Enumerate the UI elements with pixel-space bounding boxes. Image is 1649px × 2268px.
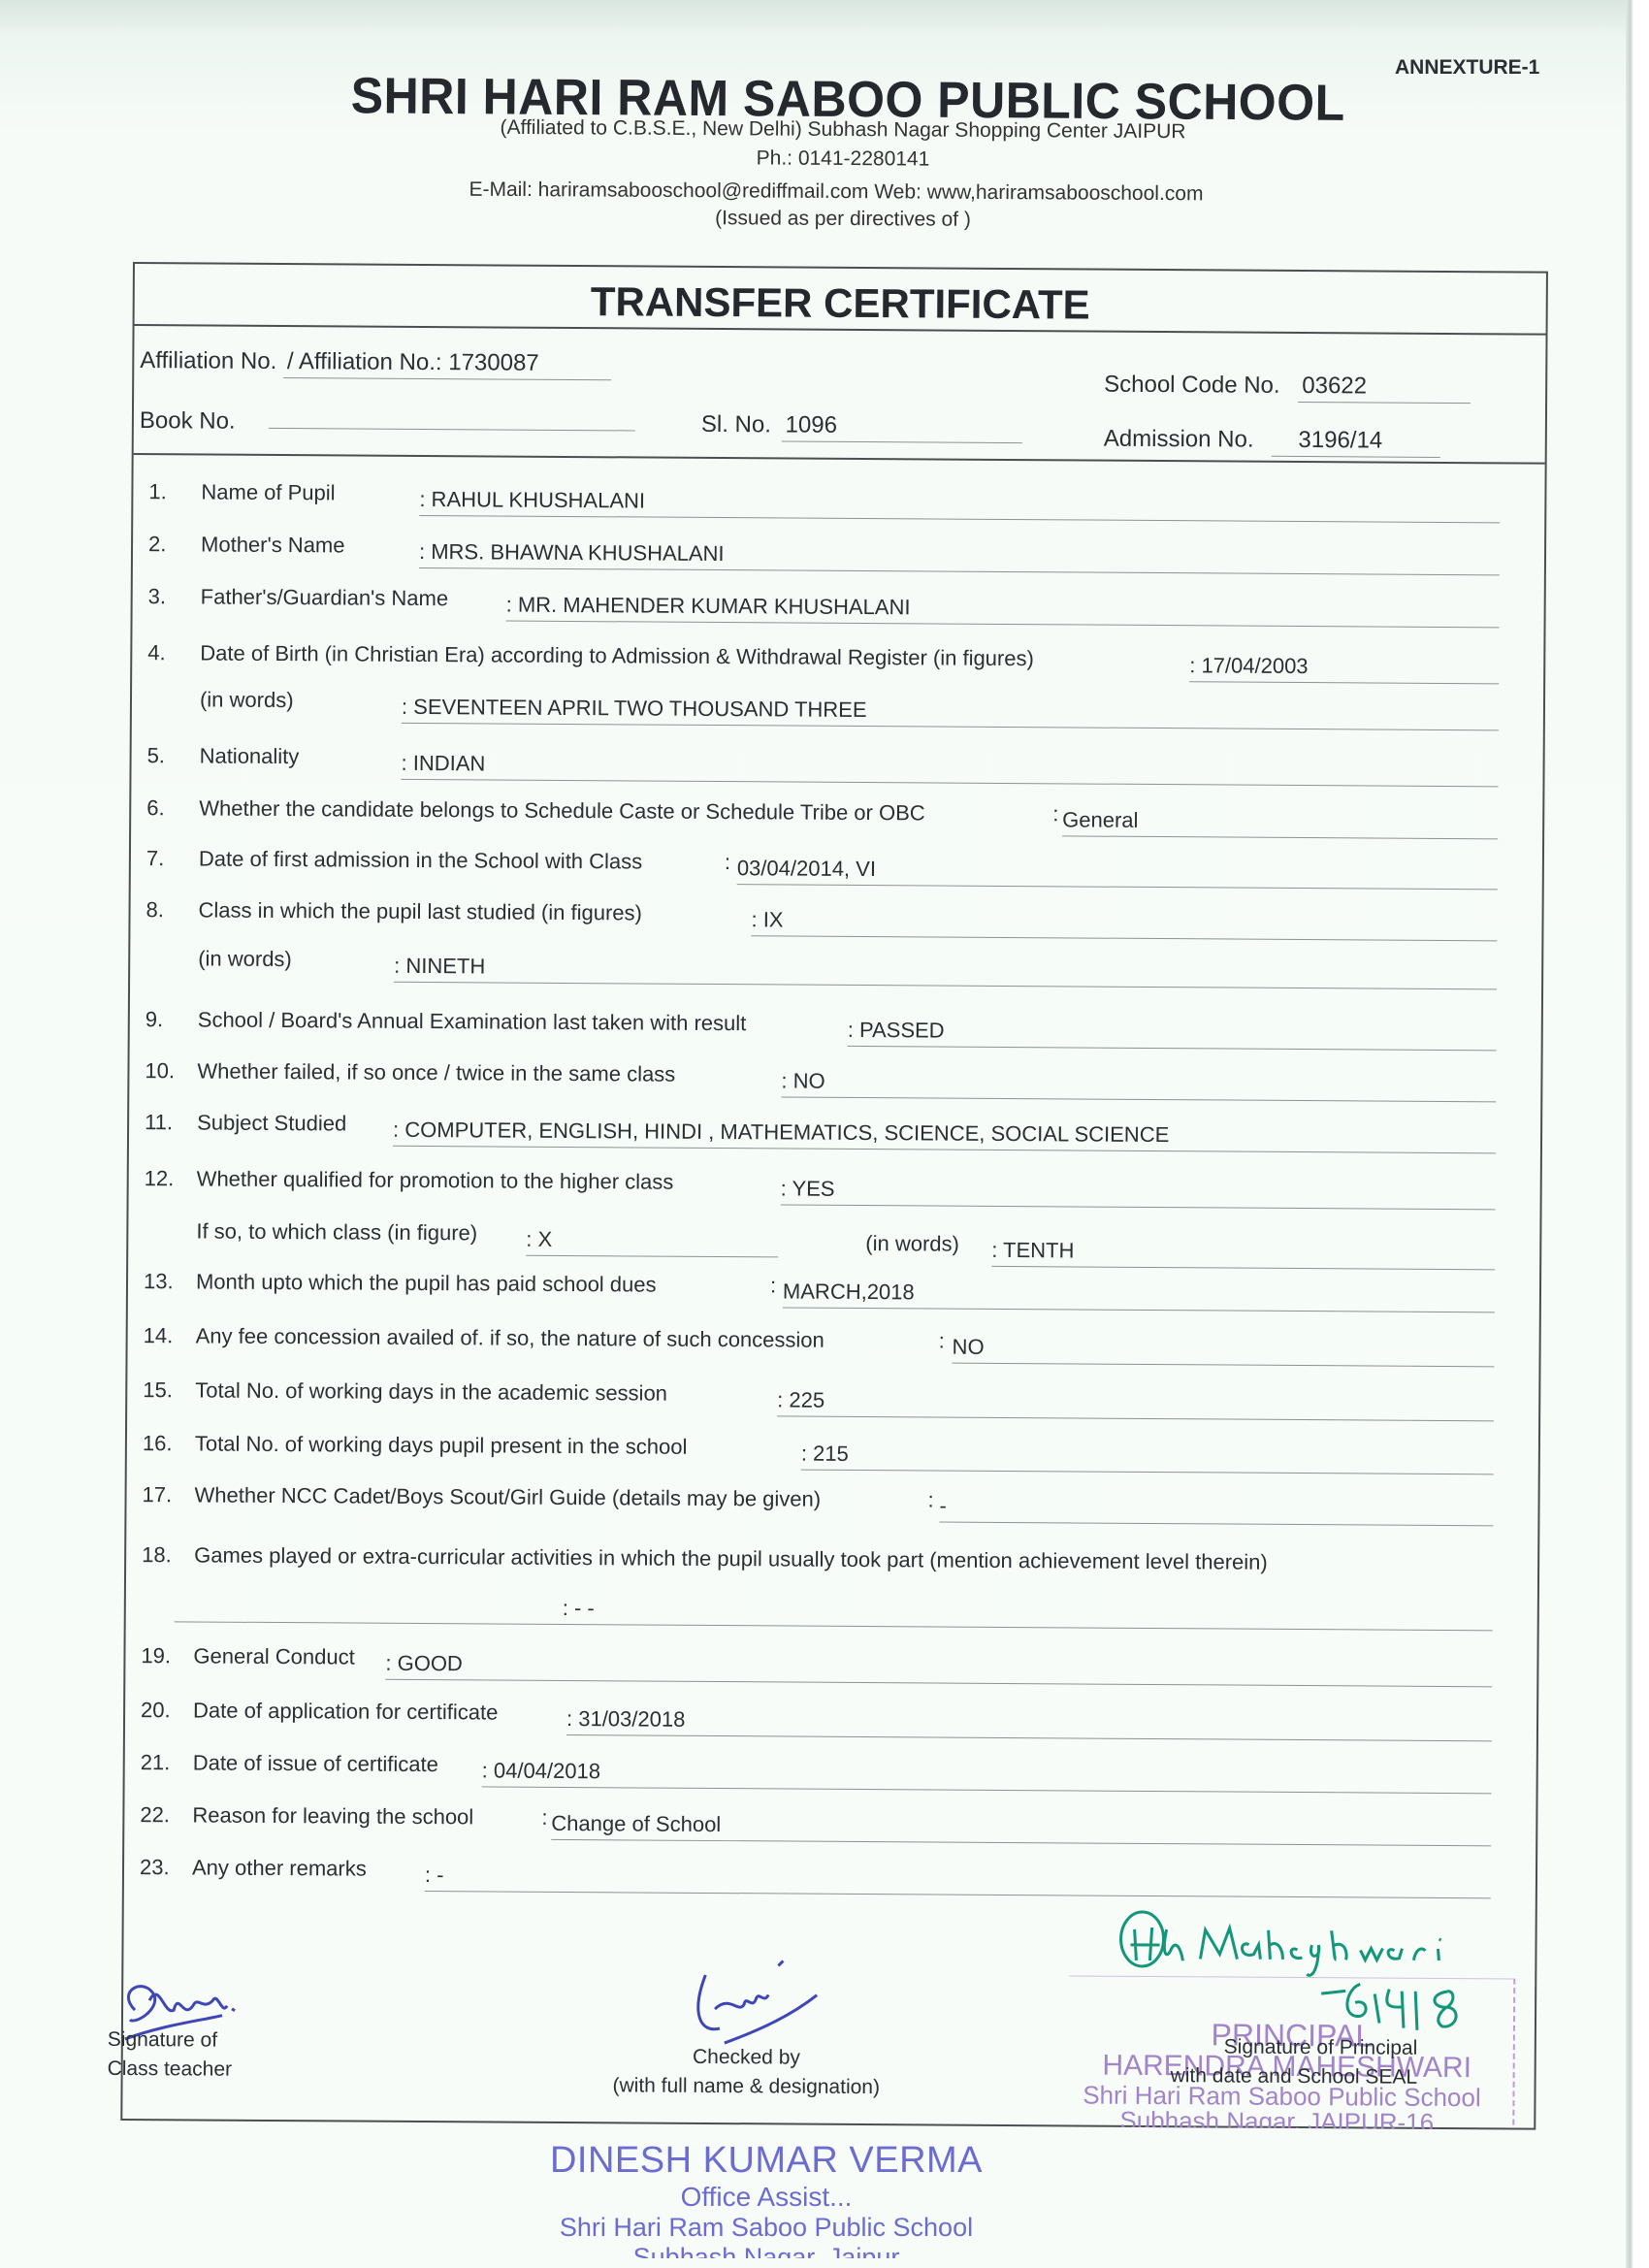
field-value: General xyxy=(1062,807,1498,839)
checked-by-label: Checked by (with full name & designation… xyxy=(612,2042,880,2102)
field-colon: : xyxy=(770,1273,776,1298)
field-value: : 225 xyxy=(777,1387,1494,1421)
field-value: - xyxy=(939,1494,1493,1527)
field-value: : GOOD xyxy=(385,1651,1492,1688)
field-number: 14. xyxy=(144,1323,174,1348)
field-label: Whether failed, if so once / twice in th… xyxy=(197,1058,675,1086)
field-label: If so, to which class (in figure) xyxy=(196,1218,477,1246)
principal-signature-label: Signature of Principal with date and Sch… xyxy=(1171,2032,1418,2092)
office-stamp-name: DINESH KUMAR VERMA xyxy=(543,2140,989,2182)
office-stamp-designation: Office Assist... xyxy=(543,2182,989,2213)
field-value: : 17/04/2003 xyxy=(1189,653,1499,684)
field-value: : NINETH xyxy=(394,954,1497,990)
field-label: Date of issue of certificate xyxy=(193,1750,438,1777)
field-row: 11.Subject Studied: COMPUTER, ENGLISH, H… xyxy=(129,1110,1540,1158)
field-number: 23. xyxy=(140,1855,170,1880)
field-row: 10.Whether failed, if so once / twice in… xyxy=(129,1058,1540,1107)
field-label: Whether the candidate belongs to Schedul… xyxy=(199,795,925,826)
field-label: (in words) xyxy=(198,946,292,972)
checked-by-signature-icon xyxy=(686,1956,842,2054)
field-value: 03/04/2014, VI xyxy=(737,856,1498,890)
field-number: 16. xyxy=(143,1431,173,1456)
admission-no-field: Admission No. 3196/14 xyxy=(1104,426,1441,458)
field-row: (in words): NINETH xyxy=(130,946,1541,994)
field-colon: : xyxy=(927,1487,933,1512)
field-value-secondary: : TENTH xyxy=(991,1238,1495,1270)
affiliation-line: (Affiliated to C.B.S.E., New Delhi) Subh… xyxy=(358,115,1328,145)
field-row: 2.Mother's Name: MRS. BHAWNA KHUSHALANI xyxy=(133,532,1544,580)
field-label: Nationality xyxy=(200,743,300,769)
field-row: 18.Games played or extra-curricular acti… xyxy=(126,1542,1537,1591)
field-number: 13. xyxy=(144,1269,174,1294)
school-code-label: School Code No. xyxy=(1104,372,1280,400)
principal-label-line2: with date and School SEAL xyxy=(1171,2061,1418,2092)
field-number: 15. xyxy=(143,1377,173,1403)
field-value: : MR. MAHENDER KUMAR KHUSHALANI xyxy=(506,593,1500,629)
field-value: : INDIAN xyxy=(401,751,1498,788)
field-label: Total No. of working days pupil present … xyxy=(195,1431,688,1459)
school-code-field: School Code No. 03622 xyxy=(1104,372,1471,405)
field-row: 1.Name of Pupil: RAHUL KHUSHALANI xyxy=(133,479,1544,528)
field-row: 23.Any other remarks: - xyxy=(124,1855,1536,1903)
field-number: 19. xyxy=(141,1643,171,1669)
principal-signature-icon xyxy=(1113,1900,1502,2039)
field-colon: : xyxy=(541,1805,547,1831)
sl-no-label: Sl. No. xyxy=(701,411,771,438)
field-value: : IX xyxy=(751,907,1497,941)
field-row: 4.Date of Birth (in Christian Era) accor… xyxy=(132,640,1543,689)
field-value: : SEVENTEEN APRIL TWO THOUSAND THREE xyxy=(402,695,1499,731)
book-no-field: Book No. xyxy=(140,400,636,437)
field-value: : 215 xyxy=(801,1442,1494,1475)
field-label: Any fee concession availed of. if so, th… xyxy=(196,1323,824,1352)
office-stamp-school: Shri Hari Ram Saboo Public School xyxy=(543,2213,989,2243)
field-label: Name of Pupil xyxy=(201,479,335,505)
field-label: Reason for leaving the school xyxy=(192,1802,473,1830)
office-stamp: DINESH KUMAR VERMA Office Assist... Shri… xyxy=(543,2140,989,2258)
field-row: 16.Total No. of working days pupil prese… xyxy=(127,1431,1538,1479)
field-row: 9.School / Board's Annual Examination la… xyxy=(130,1007,1541,1055)
field-label: (in words) xyxy=(200,687,294,713)
field-value: : RAHUL KHUSHALANI xyxy=(419,487,1500,523)
field-row: 7.Date of first admission in the School … xyxy=(131,846,1542,894)
annexure-label: ANNEXTURE-1 xyxy=(1395,56,1539,80)
office-stamp-address: Subhash Nagar, Jaipur xyxy=(543,2243,989,2258)
field-row: 13.Month upto which the pupil has paid s… xyxy=(128,1269,1539,1317)
class-teacher-label-line2: Class teacher xyxy=(108,2055,233,2085)
field-number: 11. xyxy=(145,1110,173,1135)
field-label: General Conduct xyxy=(193,1643,354,1669)
field-colon: : xyxy=(1052,801,1058,826)
field-number: 3. xyxy=(148,584,167,609)
sl-no-value: 1096 xyxy=(781,411,1021,443)
field-row: 3.Father's/Guardian's Name: MR. MAHENDER… xyxy=(133,584,1544,632)
certificate-title: TRANSFER CERTIFICATE xyxy=(135,275,1546,332)
field-number: 7. xyxy=(146,846,165,871)
field-value: : MRS. BHAWNA KHUSHALANI xyxy=(419,539,1500,575)
field-row: 22.Reason for leaving the school:Change … xyxy=(124,1802,1536,1851)
certificate-fields: 1.Name of Pupil: RAHUL KHUSHALANI2.Mothe… xyxy=(134,468,1545,477)
field-label: Date of application for certificate xyxy=(193,1698,498,1725)
contact-line: E-Mail: hariramsabooschool@rediffmail.co… xyxy=(351,178,1321,207)
field-label: Class in which the pupil last studied (i… xyxy=(198,897,641,925)
field-label: Any other remarks xyxy=(192,1855,367,1881)
checked-by-label-line1: Checked by xyxy=(613,2042,881,2073)
field-value: : - - xyxy=(175,1593,1493,1631)
field-number: 2. xyxy=(148,532,167,557)
field-number: 8. xyxy=(145,897,164,923)
principal-label-line1: Signature of Principal xyxy=(1171,2032,1418,2063)
field-label: Mother's Name xyxy=(201,532,345,558)
field-number: 20. xyxy=(141,1698,171,1723)
field-value: : 31/03/2018 xyxy=(566,1706,1492,1741)
field-number: 22. xyxy=(140,1802,170,1828)
field-value: : COMPUTER, ENGLISH, HINDI , MATHEMATICS… xyxy=(393,1118,1496,1154)
field-number: 4. xyxy=(147,640,166,665)
field-row: 12.Whether qualified for promotion to th… xyxy=(129,1166,1540,1215)
book-no-value xyxy=(269,401,635,432)
field-value: : X xyxy=(526,1227,778,1258)
field-label: Month upto which the pupil has paid scho… xyxy=(196,1269,657,1297)
field-label: Whether NCC Cadet/Boys Scout/Girl Guide … xyxy=(194,1482,821,1511)
field-value: Change of School xyxy=(551,1811,1491,1846)
field-label: Date of Birth (in Christian Era) accordi… xyxy=(200,640,1034,671)
page-edge xyxy=(1633,0,1649,2268)
field-label: Games played or extra-curricular activit… xyxy=(194,1542,1268,1574)
field-label: Father's/Guardian's Name xyxy=(201,584,449,611)
field-number: 5. xyxy=(147,743,166,768)
field-number: 10. xyxy=(145,1058,175,1084)
page-fold-shadow xyxy=(1626,0,1633,2268)
sl-no-field: Sl. No. 1096 xyxy=(701,411,1022,443)
field-label: Whether qualified for promotion to the h… xyxy=(197,1166,674,1194)
field-colon: : xyxy=(939,1329,945,1354)
field-value: MARCH,2018 xyxy=(783,1279,1495,1312)
affiliation-label: Affiliation No. xyxy=(140,347,276,375)
field-value: NO xyxy=(952,1335,1494,1368)
field-row: 15.Total No. of working days in the acad… xyxy=(127,1377,1538,1426)
field-number: 21. xyxy=(141,1750,171,1775)
field-number: 6. xyxy=(146,795,165,821)
field-row: 21.Date of issue of certificate: 04/04/2… xyxy=(125,1750,1536,1798)
field-label: School / Board's Annual Examination last… xyxy=(198,1007,747,1036)
field-label-secondary: (in words) xyxy=(865,1231,959,1257)
field-number: 1. xyxy=(148,479,167,504)
checked-by-label-line2: (with full name & designation) xyxy=(612,2071,880,2102)
field-row: 17.Whether NCC Cadet/Boys Scout/Girl Gui… xyxy=(126,1482,1537,1531)
field-value: : - xyxy=(425,1863,1491,1898)
field-row: 20.Date of application for certificate: … xyxy=(125,1698,1536,1746)
field-row: 8.Class in which the pupil last studied … xyxy=(130,897,1541,946)
field-label: Total No. of working days in the academi… xyxy=(195,1377,667,1406)
field-value: : YES xyxy=(781,1176,1496,1210)
field-row: If so, to which class (in figure): X(in … xyxy=(128,1218,1539,1267)
field-row: 5.Nationality: INDIAN xyxy=(131,743,1542,792)
field-number: 12. xyxy=(145,1166,175,1191)
class-teacher-label-line1: Signature of xyxy=(108,2025,233,2056)
issued-line: (Issued as per directives of ) xyxy=(358,205,1328,234)
field-value: : PASSED xyxy=(848,1018,1497,1051)
field-value: : NO xyxy=(781,1068,1496,1102)
certificate-frame: TRANSFER CERTIFICATE Affiliation No. / A… xyxy=(120,262,1548,2130)
field-row: 6.Whether the candidate belongs to Sched… xyxy=(131,795,1542,844)
class-teacher-signature-label: Signature of Class teacher xyxy=(108,2025,233,2085)
field-row: (in words): SEVENTEEN APRIL TWO THOUSAND… xyxy=(132,687,1543,735)
field-number: 17. xyxy=(142,1482,172,1507)
field-label: Date of first admission in the School wi… xyxy=(199,846,642,874)
field-colon: : xyxy=(725,850,730,875)
phone-line: Ph.: 0141-2280141 xyxy=(358,145,1328,174)
field-number: 9. xyxy=(145,1007,164,1032)
field-row: 19.General Conduct: GOOD xyxy=(125,1643,1536,1692)
signature-area: Signature of Class teacher Checked by (w… xyxy=(122,1913,1535,2128)
book-no-label: Book No. xyxy=(140,407,236,436)
admission-no-label: Admission No. xyxy=(1104,426,1254,454)
school-code-value: 03622 xyxy=(1298,373,1471,404)
field-value: : 04/04/2018 xyxy=(482,1758,1492,1794)
field-row: 14.Any fee concession availed of. if so,… xyxy=(127,1323,1538,1372)
affiliation-field: Affiliation No. / Affiliation No.: 17300… xyxy=(140,347,611,380)
field-label: Subject Studied xyxy=(197,1110,346,1136)
field-number: 18. xyxy=(142,1542,172,1568)
principal-stamp-address: Subhash Nagar, JAIPUR-16 xyxy=(1053,2105,1500,2129)
affiliation-value: / Affiliation No.: 1730087 xyxy=(283,348,611,380)
admission-no-value: 3196/14 xyxy=(1272,427,1440,458)
